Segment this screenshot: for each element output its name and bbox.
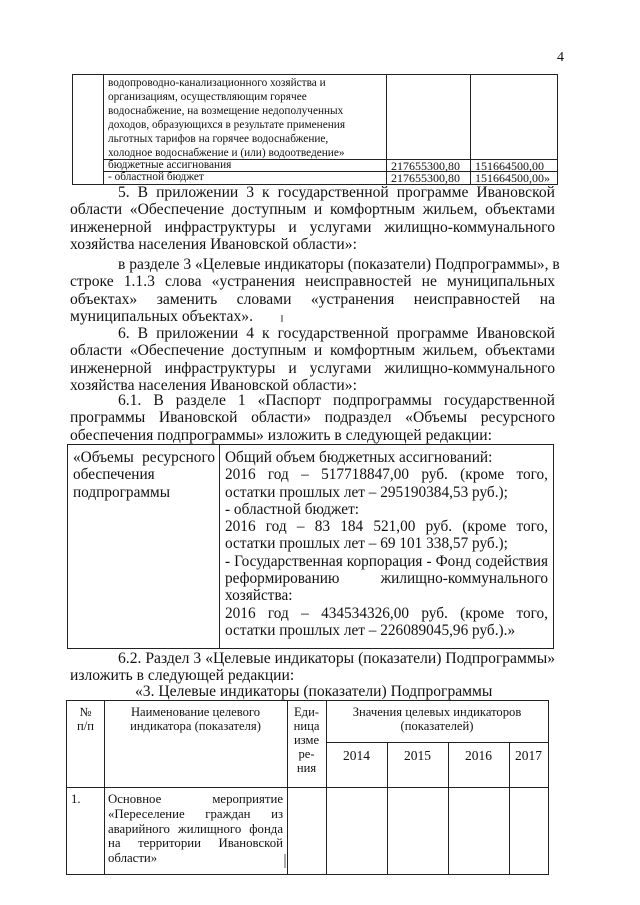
header-year: 2014: [326, 748, 387, 764]
paragraph-6-2: 6.2. Раздел 3 «Целевые индикаторы (показ…: [70, 650, 555, 685]
resource-content: Общий объем бюджетных ассигнований: 2016…: [225, 449, 548, 639]
content-line: 2016 год – 83 184 521,00 руб. (кроме тог…: [225, 518, 548, 535]
description-line: водопроводно-канализационного хозяйства …: [108, 76, 345, 90]
content-line: - Государственная корпорация - Фонд соде…: [225, 553, 548, 570]
description-line: доходов, образующихся в результате приме…: [108, 118, 345, 132]
indicators-table: № п/п Наименование целевого индикатора (…: [66, 700, 549, 875]
header-line: ница: [287, 719, 326, 733]
header-line: п/п: [67, 719, 104, 733]
description-line: организациям, осуществляющим горячее: [108, 90, 345, 104]
column-divider: [470, 75, 471, 184]
name-line: аварийного жилищного фонда: [108, 822, 283, 837]
header-year: 2017: [509, 748, 548, 764]
text-line: в разделе 3 «Целевые индикаторы (показат…: [70, 256, 555, 273]
header-line: индикатора (показателя): [104, 719, 287, 733]
scan-artifact: [284, 854, 286, 868]
row-indicator-name: Основное мероприятие «Переселение гражда…: [108, 792, 283, 866]
text-line: объектах» заменить словами «устранения н…: [70, 291, 555, 308]
row-label: - областной бюджет: [108, 171, 204, 183]
header-year: 2015: [387, 748, 448, 764]
content-line: хозяйства:: [225, 587, 548, 604]
name-line: области»: [108, 851, 283, 866]
row-number: 1.: [71, 792, 81, 807]
content-line: 2016 год – 517718847,00 руб. (кроме того…: [225, 466, 548, 483]
content-line: Общий объем бюджетных ассигнований:: [225, 449, 548, 466]
resource-table: «Объемы ресурсного обеспечения подпрогра…: [67, 444, 554, 649]
header-line: №: [67, 705, 104, 719]
paragraph-5-amendment: в разделе 3 «Целевые индикаторы (показат…: [70, 256, 555, 326]
content-line: реформированию жилищно-коммунального: [225, 570, 548, 587]
text-line: строке 1.1.3 слова «устранения неисправн…: [70, 273, 555, 290]
text-line: 6.1. В разделе 1 «Паспорт подпрограммы г…: [70, 392, 555, 409]
text-line: программы Ивановской области» подраздел …: [70, 409, 555, 426]
page-number: 4: [557, 50, 564, 66]
name-line: на территории Ивановской: [108, 836, 283, 851]
text-line: 6. В приложении 4 к государственной прог…: [70, 325, 555, 342]
description-line: холодное водоснабжение и (или) водоотвед…: [108, 146, 345, 160]
column-divider: [219, 445, 220, 648]
content-line: остатки прошлых лет – 226089045,96 руб.)…: [225, 622, 548, 639]
header-unit: Еди- ница изме ре- ния: [287, 705, 326, 775]
description-line: льготных тарифов на горячее водоснабжени…: [108, 132, 345, 146]
header-line: Наименование целевого: [104, 705, 287, 719]
row-label: бюджетные ассигнования: [108, 159, 231, 171]
header-values-group: Значения целевых индикаторов (показателе…: [326, 705, 548, 733]
header-line: изме: [287, 733, 326, 747]
header-line: ре-: [287, 747, 326, 761]
paragraph-6-1: 6.1. В разделе 1 «Паспорт подпрограммы г…: [70, 392, 555, 444]
content-line: остатки прошлых лет – 69 101 338,57 руб.…: [225, 535, 548, 552]
column-divider: [386, 75, 387, 184]
paragraph-6: 6. В приложении 4 к государственной прог…: [70, 325, 555, 395]
row-divider: [67, 787, 548, 788]
row-divider: [326, 742, 548, 743]
text-line: 6.2. Раздел 3 «Целевые индикаторы (показ…: [70, 650, 555, 667]
header-line: ния: [287, 761, 326, 775]
header-name: Наименование целевого индикатора (показа…: [104, 705, 287, 733]
header-number: № п/п: [67, 705, 104, 733]
resource-label: «Объемы ресурсного обеспечения подпрогра…: [73, 449, 215, 501]
column-divider: [103, 75, 104, 184]
content-line: остатки прошлых лет – 295190384,53 руб.)…: [225, 484, 548, 501]
row-value: 217655300,80: [391, 172, 460, 184]
text-line: инженерной инфраструктуры и услугами жил…: [70, 360, 555, 377]
name-line: Основное мероприятие: [108, 792, 283, 807]
text-line: области «Обеспечение доступным и комфорт…: [70, 201, 555, 218]
header-year: 2016: [448, 748, 509, 764]
measure-description: водопроводно-канализационного хозяйства …: [108, 76, 345, 160]
text-line: муниципальных объектах».: [70, 308, 555, 325]
paragraph-5: 5. В приложении 3 к государственной прог…: [70, 184, 555, 254]
section-title: «3. Целевые индикаторы (показатели) Подп…: [135, 683, 492, 701]
text-line: области «Обеспечение доступным и комфорт…: [70, 342, 555, 359]
label-line: подпрограммы: [73, 484, 215, 501]
content-line: 2016 год – 434534326,00 руб. (кроме того…: [225, 605, 548, 622]
text-line: инженерной инфраструктуры и услугами жил…: [70, 219, 555, 236]
text-line: хозяйства населения Ивановской области»:: [70, 236, 555, 253]
content-line: - областной бюджет:: [225, 501, 548, 518]
header-line: (показателей): [326, 719, 548, 733]
label-line: обеспечения: [73, 466, 215, 483]
description-line: водоснабжение, на возмещение недополучен…: [108, 104, 345, 118]
name-line: «Переселение граждан из: [108, 807, 283, 822]
row-value: 151664500,00»: [475, 172, 550, 184]
text-line: обеспечения подпрограммы» изложить в сле…: [70, 427, 555, 444]
scan-artifact: [281, 315, 283, 322]
label-line: «Объемы ресурсного: [73, 449, 215, 466]
header-line: Еди-: [287, 705, 326, 719]
header-line: Значения целевых индикаторов: [326, 705, 548, 719]
budget-table: водопроводно-канализационного хозяйства …: [72, 74, 558, 185]
text-line: 5. В приложении 3 к государственной прог…: [70, 184, 555, 201]
